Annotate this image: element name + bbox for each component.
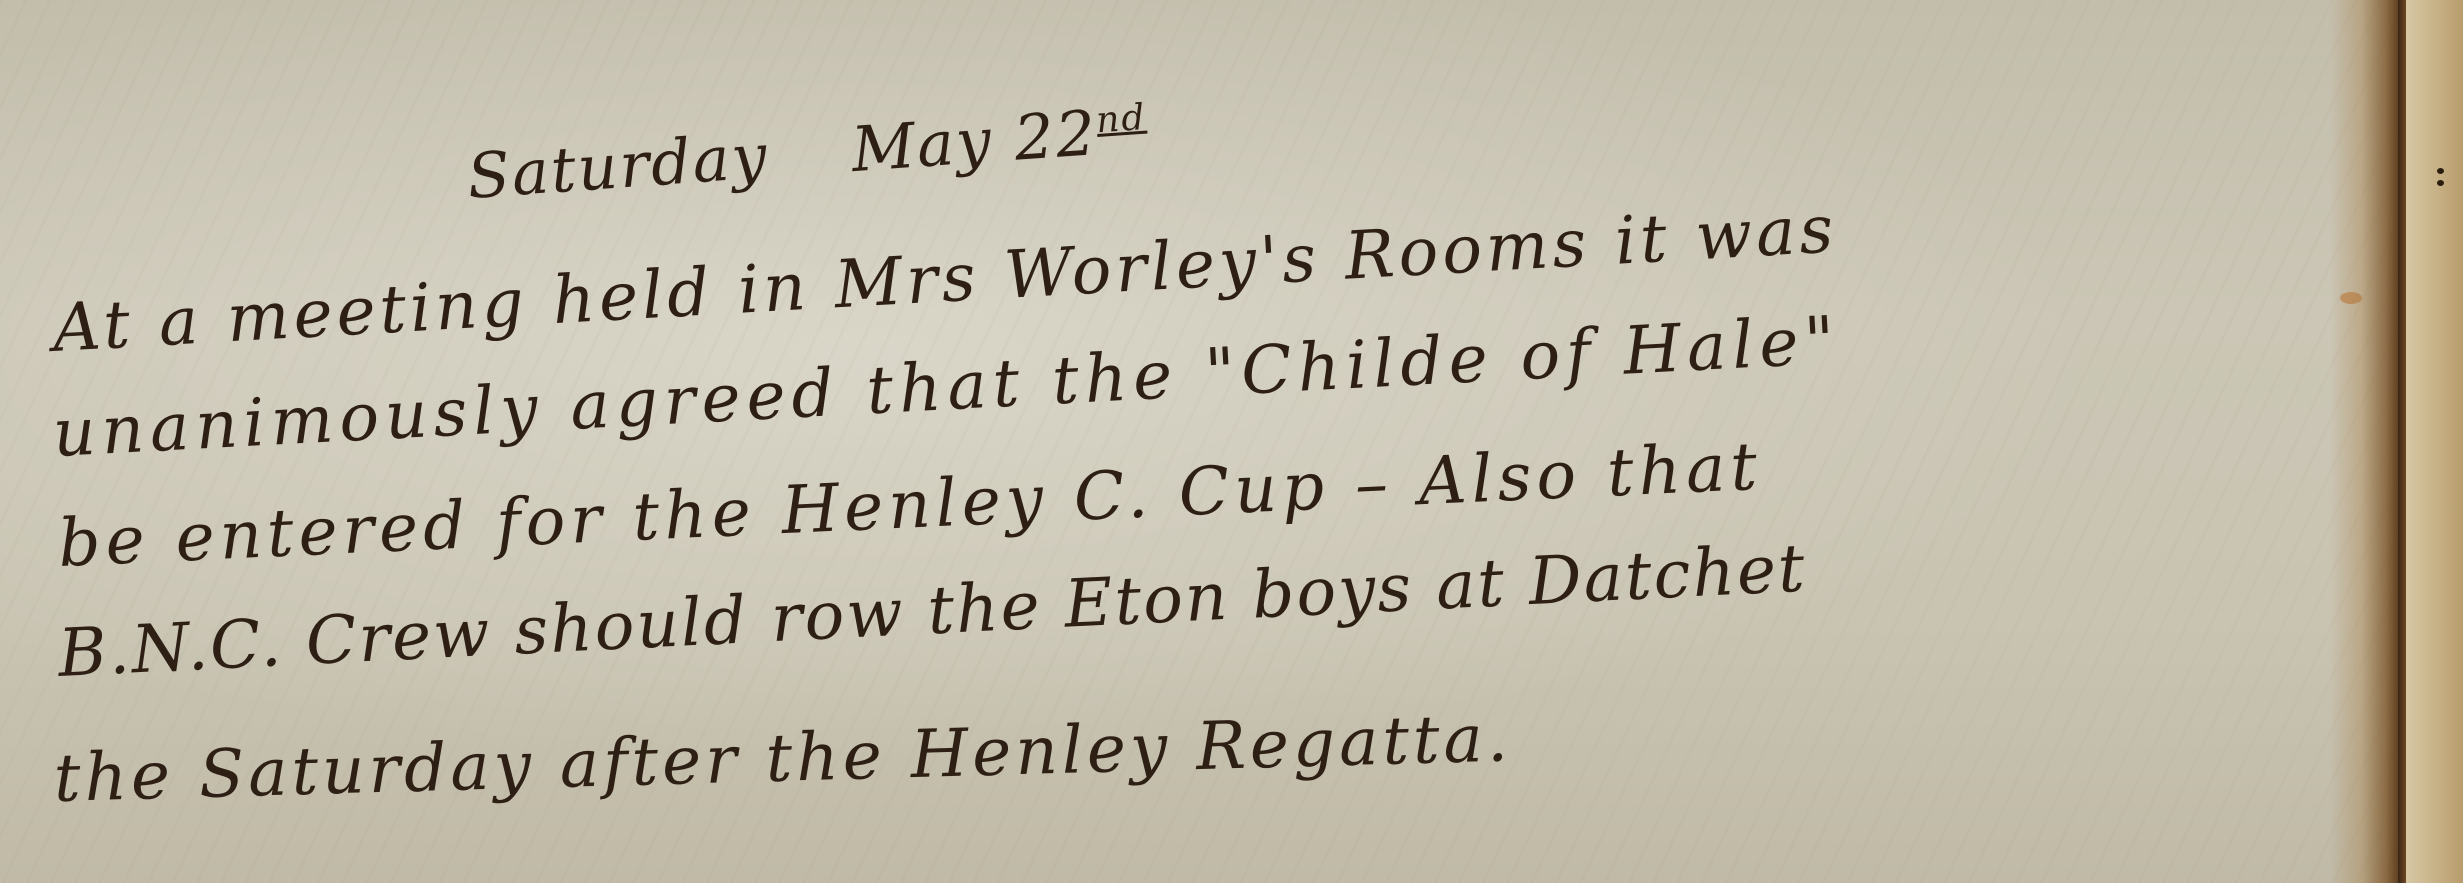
- heading-date-suffix: nd: [1095, 97, 1148, 141]
- date-heading: Saturday May 22nd: [465, 93, 1150, 213]
- ink-dot: [2437, 168, 2444, 174]
- page-edge-browning: [2330, 0, 2400, 883]
- heading-day: Saturday: [465, 119, 771, 213]
- heading-month: May: [849, 103, 995, 186]
- manuscript-line-5: the Saturday after the Henley Regatta.: [53, 699, 1513, 817]
- adjacent-page-gutter: [2406, 0, 2463, 883]
- manuscript-page: Saturday May 22nd At a meeting held in M…: [0, 0, 2330, 883]
- heading-date-number: 22: [1012, 96, 1100, 175]
- page-edge: [2398, 0, 2406, 883]
- ink-dot: [2437, 180, 2444, 186]
- manuscript-photo: Saturday May 22nd At a meeting held in M…: [0, 0, 2463, 883]
